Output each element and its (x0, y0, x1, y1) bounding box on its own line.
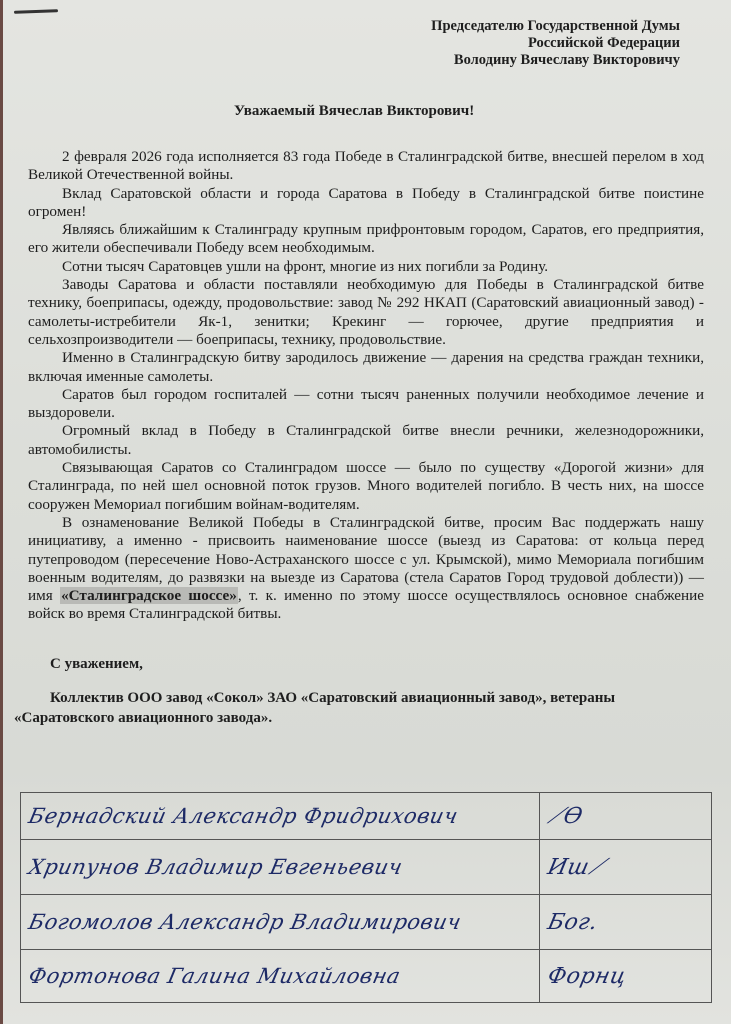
addressee-line: Российской Федерации (380, 35, 680, 52)
request-paragraph: В ознаменование Великой Победы в Сталинг… (28, 514, 704, 624)
paragraph: Огромный вклад в Победу в Сталинградской… (28, 422, 704, 459)
signed-by: Коллектив ООО завод «Сокол» ЗАО «Саратов… (14, 688, 714, 728)
signature-row: Богомолов Александр Владимирович Бог. (21, 895, 712, 950)
signature-row: Фортонова Галина Михайловна Форнц (21, 950, 712, 1003)
letter-page: Председателю Государственной Думы Россий… (0, 0, 731, 1024)
paragraph: Саратов был городом госпиталей — сотни т… (28, 386, 704, 423)
signer-name: Богомолов Александр Владимирович (21, 895, 540, 950)
paragraph: Именно в Сталинградскую битву зародилось… (28, 349, 704, 386)
addressee-line: Володину Вячеславу Викторовичу (380, 52, 680, 69)
signature: Иш⟋ (540, 840, 712, 895)
paragraph: Связывающая Саратов со Сталинградом шосс… (28, 459, 704, 514)
highlighted-road-name: «Сталинградское шоссе» (60, 587, 238, 604)
addressee-line: Председателю Государственной Думы (380, 18, 680, 35)
signature: ⟋Ѳ (540, 793, 712, 840)
paragraph: Являясь ближайшим к Сталинграду крупным … (28, 221, 704, 258)
addressee-block: Председателю Государственной Думы Россий… (380, 18, 680, 69)
signed-by-text: Коллектив ООО завод «Сокол» ЗАО «Саратов… (14, 690, 615, 726)
staple-mark (14, 9, 58, 14)
page-edge (0, 0, 3, 1024)
greeting: Уважаемый Вячеслав Викторович! (234, 103, 474, 120)
paragraph: Заводы Саратова и области поставляли нео… (28, 276, 704, 349)
signature-row: Бернадский Александр Фридрихович ⟋Ѳ (21, 793, 712, 840)
paragraph: 2 февраля 2026 года исполняется 83 года … (28, 148, 704, 185)
signer-name: Хрипунов Владимир Евгеньевич (21, 840, 540, 895)
signature-table: Бернадский Александр Фридрихович ⟋Ѳ Хрип… (20, 792, 712, 1003)
paragraph: Вклад Саратовской области и города Сарат… (28, 185, 704, 222)
signer-name: Фортонова Галина Михайловна (21, 950, 540, 1003)
letter-body: 2 февраля 2026 года исполняется 83 года … (28, 148, 704, 624)
paragraph: Сотни тысяч Саратовцев ушли на фронт, мн… (28, 258, 704, 276)
signer-name: Бернадский Александр Фридрихович (21, 793, 540, 840)
signature: Бог. (540, 895, 712, 950)
closing: С уважением, (50, 656, 143, 673)
signature-row: Хрипунов Владимир Евгеньевич Иш⟋ (21, 840, 712, 895)
signature: Форнц (540, 950, 712, 1003)
